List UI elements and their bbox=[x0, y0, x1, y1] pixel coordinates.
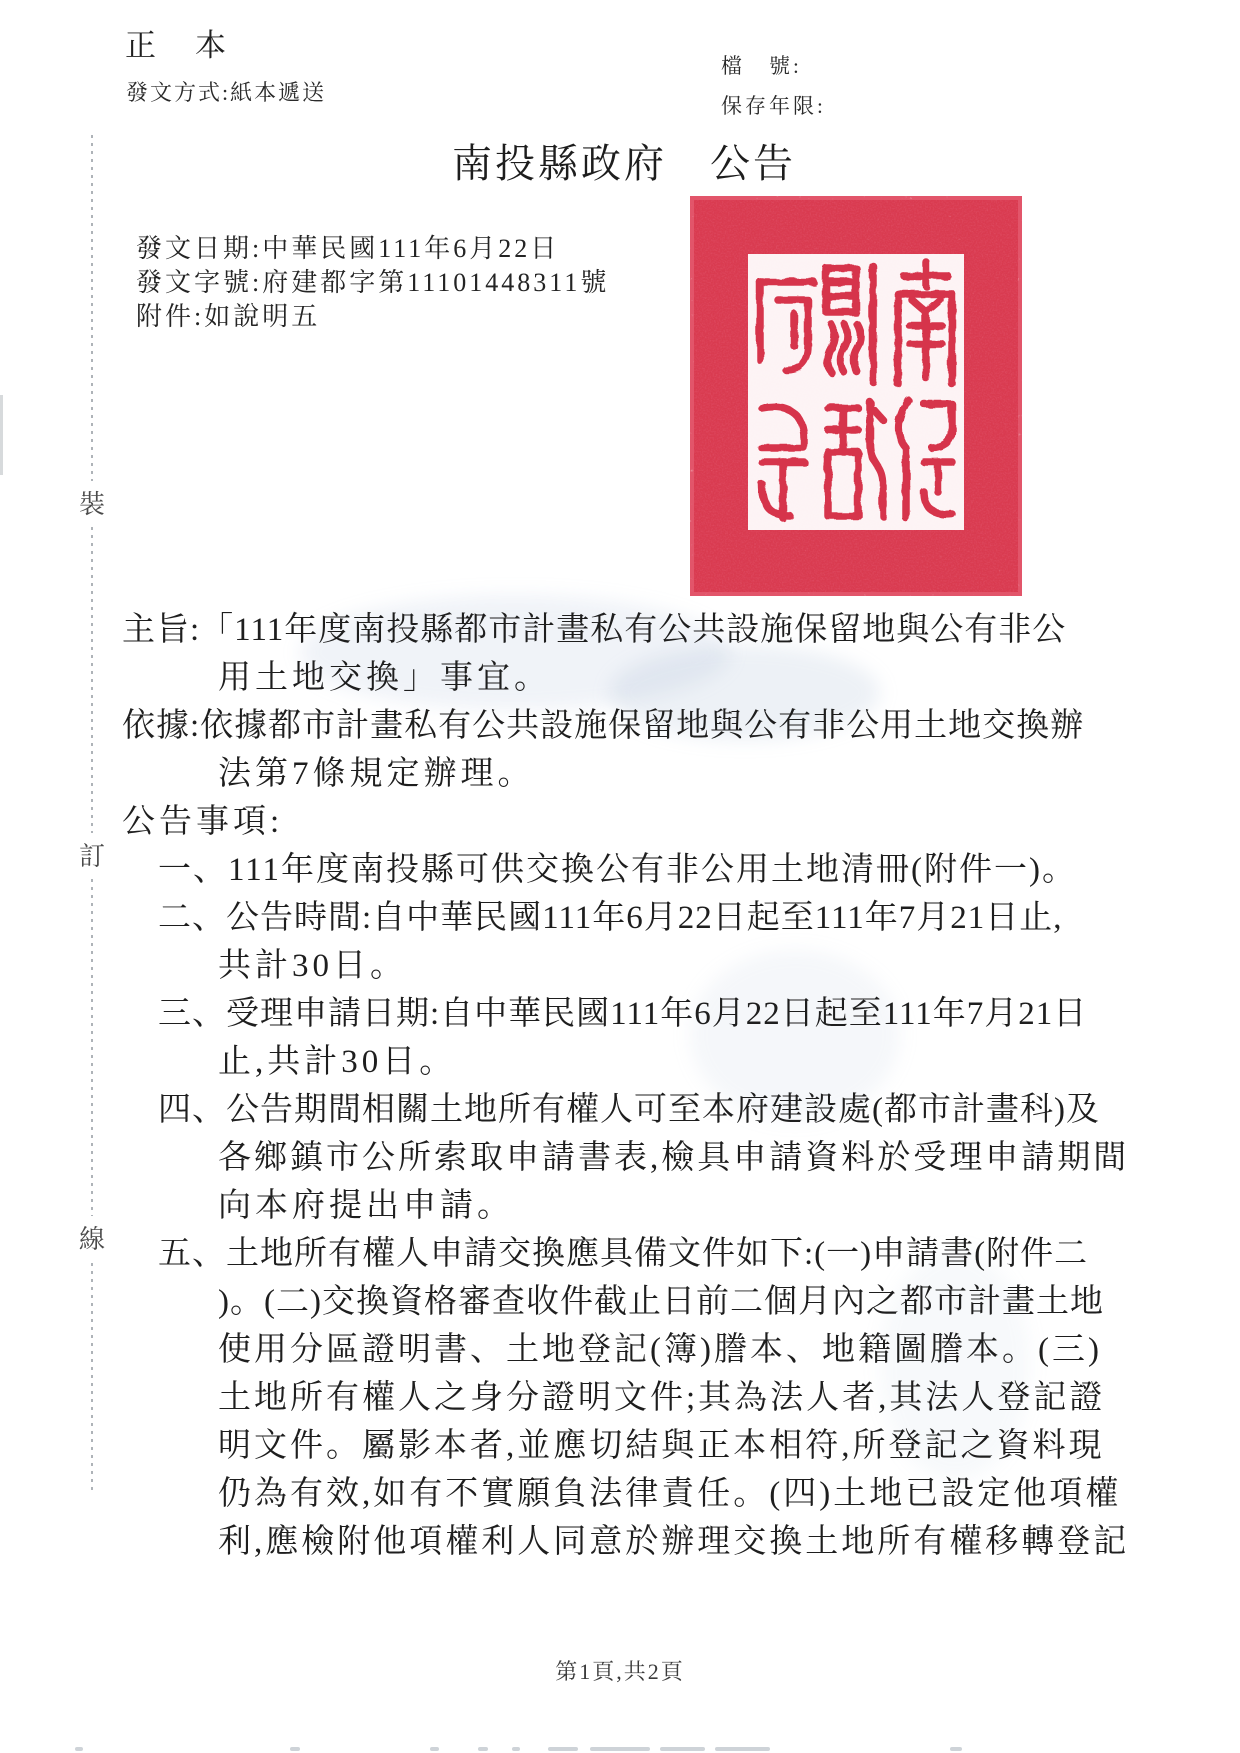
basis-line: 法第7條規定辦理。 bbox=[218, 754, 535, 794]
subject-line: 主旨:「111年度南投縣都市計畫私有公共設施保留地與公有非公 bbox=[122, 610, 1066, 650]
item-2: 二、公告時間:自中華民國111年6月22日起至111年7月21日止, bbox=[158, 898, 1063, 938]
issue-date: 發文日期:中華民國111年6月22日 bbox=[136, 228, 559, 265]
item-3: 三、受理申請日期:自中華民國111年6月22日起至111年7月21日 bbox=[158, 994, 1087, 1034]
item-5-continuation: )。(二)交換資格審查收件截止日前二個月內之都市計畫土地 bbox=[218, 1282, 1104, 1322]
scan-bottom-artifact bbox=[430, 1747, 439, 1751]
item-4: 四、公告期間相關土地所有權人可至本府建設處(都市計畫科)及 bbox=[158, 1090, 1100, 1130]
document-number: 發文字號:府建都字第11101448311號 bbox=[136, 262, 609, 299]
subject-line: 用土地交換」事宜。 bbox=[218, 658, 551, 698]
binding-mark-zhuang: 裝 bbox=[77, 481, 107, 524]
item-5: 五、土地所有權人申請交換應具備文件如下:(一)申請書(附件二 bbox=[158, 1234, 1088, 1274]
scan-bottom-artifact bbox=[548, 1747, 578, 1751]
item-1: 一、111年度南投縣可供交換公有非公用土地清冊(附件一)。 bbox=[158, 850, 1077, 890]
item-3-continuation: 止,共計30日。 bbox=[218, 1042, 456, 1082]
official-seal bbox=[690, 196, 1022, 596]
basis-line: 依據:依據都市計畫私有公共設施保留地與公有非公用土地交換辦 bbox=[122, 706, 1084, 746]
item-2-continuation: 共計30日。 bbox=[218, 946, 407, 986]
file-number-label: 檔 號: bbox=[721, 50, 802, 80]
item-4-continuation: 向本府提出申請。 bbox=[218, 1186, 514, 1226]
scan-bottom-artifact bbox=[590, 1747, 650, 1751]
item-5-continuation: 仍為有效,如有不實願負法律責任。(四)土地已設定他項權 bbox=[218, 1474, 1121, 1514]
item-5-continuation: 利,應檢附他項權利人同意於辦理交換土地所有權移轉登記 bbox=[218, 1522, 1129, 1562]
scan-bottom-artifact bbox=[478, 1747, 488, 1751]
page-indicator: 第1頁,共2頁 bbox=[0, 1655, 1240, 1686]
binding-mark-xian: 線 bbox=[77, 1216, 107, 1259]
scan-bottom-artifact bbox=[715, 1747, 770, 1751]
attachment-note: 附件:如說明五 bbox=[136, 296, 320, 333]
document-title: 南投縣政府 公告 bbox=[452, 132, 796, 189]
scan-bottom-artifact bbox=[512, 1747, 520, 1751]
delivery-method-label: 發文方式:紙本遞送 bbox=[126, 76, 326, 107]
item-5-continuation: 明文件。屬影本者,並應切結與正本相符,所登記之資料現 bbox=[218, 1426, 1105, 1466]
copy-type-label: 正 本 bbox=[125, 20, 230, 65]
scan-edge-artifact bbox=[0, 395, 3, 475]
scan-bottom-artifact bbox=[660, 1747, 705, 1751]
retention-period-label: 保存年限: bbox=[721, 90, 826, 120]
item-5-continuation: 使用分區證明書、土地登記(簿)謄本、地籍圖謄本。(三) bbox=[218, 1330, 1102, 1370]
binding-dotted-line bbox=[91, 135, 93, 1490]
binding-mark-ding: 訂 bbox=[77, 833, 107, 876]
scan-bottom-artifact bbox=[290, 1747, 300, 1751]
item-4-continuation: 各鄉鎮市公所索取申請書表,檢具申請資料於受理申請期間 bbox=[218, 1138, 1129, 1178]
announcement-items-heading: 公告事項: bbox=[122, 802, 283, 842]
scan-bottom-artifact bbox=[75, 1747, 83, 1751]
scan-bottom-artifact bbox=[950, 1747, 962, 1751]
seal-graphic bbox=[690, 196, 1022, 596]
document-page: 正 本 發文方式:紙本遞送 檔 號: 保存年限: 南投縣政府 公告 發文日期:中… bbox=[0, 0, 1240, 1753]
item-5-continuation: 土地所有權人之身分證明文件;其為法人者,其法人登記證 bbox=[218, 1378, 1105, 1418]
